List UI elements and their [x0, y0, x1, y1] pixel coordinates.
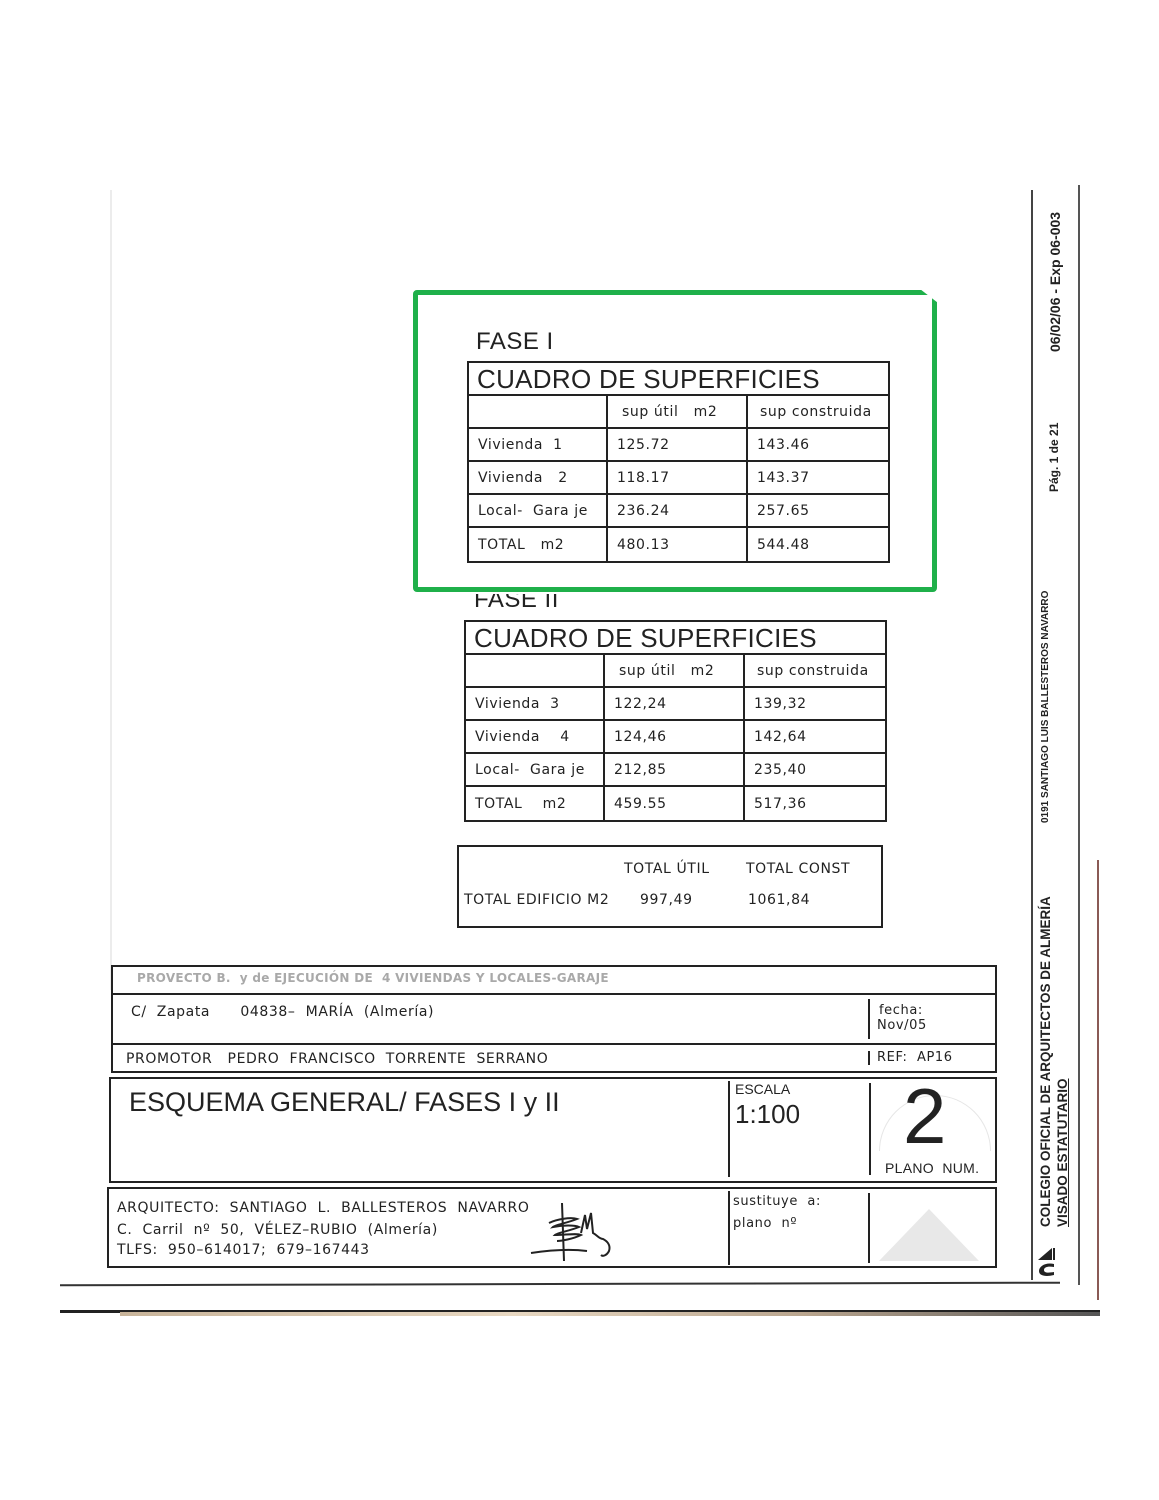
- architect-phones: TLFS: 950–614017; 679–167443: [117, 1242, 370, 1258]
- table-row: Vivienda 3 122,24 139,32: [466, 688, 885, 721]
- escala-value: 1:100: [735, 1099, 800, 1130]
- paper-edge: [110, 190, 112, 990]
- promotor: PROMOTOR PEDRO FRANCISCO TORRENTE SERRAN…: [126, 1051, 548, 1067]
- divider: [869, 1083, 871, 1175]
- total-util-header: TOTAL ÚTIL: [624, 861, 710, 877]
- sup-construida-value: 517,36: [745, 787, 885, 820]
- project-title: PROVECTO B. y de EJECUCIÓN DE 4 VIVIENDA…: [137, 971, 609, 985]
- escala-label: ESCALA: [735, 1081, 790, 1097]
- stamp-border-outer: [1078, 185, 1080, 1285]
- architect-block: ARQUITECTO: SANTIAGO L. BALLESTEROS NAVA…: [107, 1187, 997, 1268]
- ref: REF: AP16: [877, 1050, 953, 1065]
- project-info-block: PROVECTO B. y de EJECUCIÓN DE 4 VIVIENDA…: [111, 965, 997, 1073]
- plano-num-label: PLANO NUM.: [885, 1160, 979, 1176]
- fecha-label: fecha:: [879, 1003, 923, 1018]
- sheet-shadow: [120, 1312, 1100, 1316]
- total-const-header: TOTAL CONST: [746, 861, 850, 877]
- architect-address: C. Carril nº 50, VÉLEZ–RUBIO (Almería): [117, 1222, 438, 1238]
- divider: [113, 993, 997, 995]
- divider: [728, 1191, 730, 1265]
- fase-2-table: CUADRO DE SUPERFICIES sup útil m2 sup co…: [464, 620, 887, 822]
- project-address: C/ Zapata 04838– MARÍA (Almería): [131, 1004, 434, 1020]
- triangle-icon: [879, 1209, 979, 1261]
- coa-logo-icon: [1036, 1244, 1058, 1278]
- sheet-edge: [60, 1282, 1060, 1287]
- table-row-total: TOTAL m2 459.55 517,36: [466, 787, 885, 820]
- plan-title: ESQUEMA GENERAL/ FASES I y II: [129, 1087, 560, 1118]
- divider: [728, 1081, 730, 1177]
- sustituye-label: sustituye a:: [733, 1194, 821, 1209]
- row-label: TOTAL m2: [466, 787, 605, 820]
- divider: [868, 1051, 870, 1065]
- stamp-border-inner: [1031, 190, 1033, 1280]
- header-cell: sup construida: [745, 655, 885, 686]
- plan-title-block: ESQUEMA GENERAL/ FASES I y II ESCALA 1:1…: [109, 1077, 997, 1183]
- stamp-date-exp: 06/02/06 - Exp 06-003: [1047, 212, 1063, 352]
- total-const-value: 1061,84: [748, 892, 810, 908]
- header-cell: sup útil m2: [605, 655, 745, 686]
- signature-icon: [527, 1195, 623, 1261]
- divider: [868, 1193, 870, 1263]
- sup-construida-value: 139,32: [745, 688, 885, 719]
- sup-util-value: 459.55: [605, 787, 745, 820]
- architect-name: ARQUITECTO: SANTIAGO L. BALLESTEROS NAVA…: [117, 1200, 529, 1216]
- highlight-box: [413, 290, 937, 592]
- fase-2-table-title: CUADRO DE SUPERFICIES: [466, 622, 885, 655]
- table-row: Local- Gara je 212,85 235,40: [466, 754, 885, 787]
- row-label: Local- Gara je: [466, 754, 605, 785]
- paper-edge-right: [1097, 860, 1099, 1300]
- table-row: Vivienda 4 124,46 142,64: [466, 721, 885, 754]
- divider: [868, 999, 870, 1039]
- row-label: Vivienda 3: [466, 688, 605, 719]
- sup-util-value: 122,24: [605, 688, 745, 719]
- stamp-college: COLEGIO OFICIAL DE ARQUITECTOS DE ALMERÍ…: [1038, 896, 1053, 1227]
- total-util-value: 997,49: [640, 892, 693, 908]
- fecha-value: Nov/05: [877, 1018, 927, 1033]
- sup-util-value: 124,46: [605, 721, 745, 752]
- sup-construida-value: 235,40: [745, 754, 885, 785]
- header-cell: [466, 655, 605, 686]
- table-header-row: sup útil m2 sup construida: [466, 655, 885, 688]
- stamp-page: Pág. 1 de 21: [1047, 423, 1061, 492]
- total-edificio-box: TOTAL ÚTIL TOTAL CONST TOTAL EDIFICIO M2…: [457, 845, 883, 928]
- sup-construida-value: 142,64: [745, 721, 885, 752]
- divider: [113, 1043, 997, 1045]
- stamp-architect-id: 0191 SANTIAGO LUIS BALLESTEROS NAVARRO: [1040, 591, 1051, 823]
- plano-num: 2: [903, 1071, 946, 1162]
- stamp-visado: VISADO ESTATUTARIO: [1055, 1079, 1070, 1228]
- total-edificio-label: TOTAL EDIFICIO M2: [464, 892, 609, 908]
- sup-util-value: 212,85: [605, 754, 745, 785]
- row-label: Vivienda 4: [466, 721, 605, 752]
- plano-n-label: plano nº: [733, 1216, 797, 1231]
